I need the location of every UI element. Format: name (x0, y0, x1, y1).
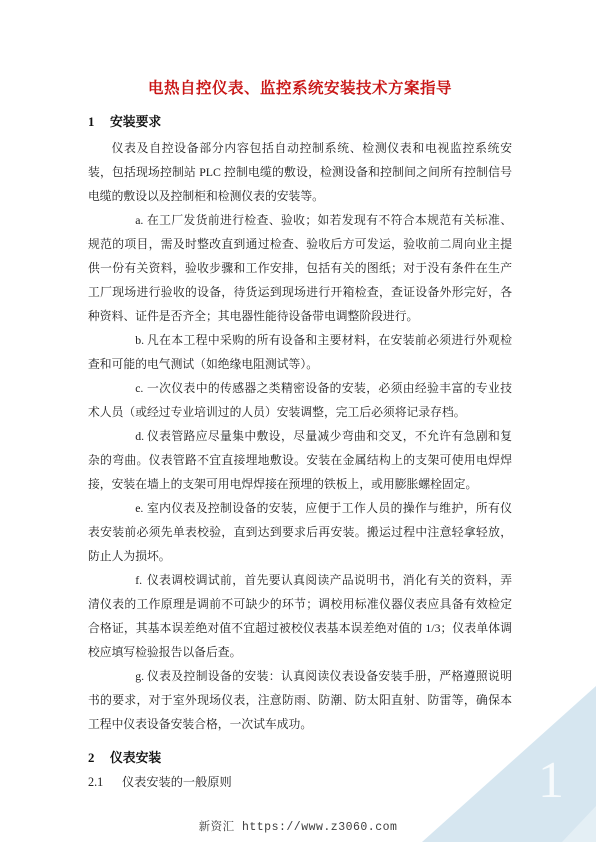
paragraph-d: d.仪表管路应尽量集中敷设，尽量减少弯曲和交叉，不允许有急剧和复杂的弯曲。仪表管… (88, 424, 512, 496)
footer-watermark: 新资汇 https://www.z3060.com (0, 818, 596, 834)
paragraph-g: g.仪表及控制设备的安装：认真阅读仪表设备安装手册，严格遵照说明书的要求，对于室… (88, 664, 512, 736)
section-number: 1 (88, 112, 110, 132)
paragraph-text: 室内仪表及控制设备的安装，应便于工作人员的操作与维护，所有仪表安装前必须先单表校… (88, 501, 512, 563)
section-heading-2-1: 2.1仪表安装的一般原则 (88, 771, 512, 793)
paragraph-label: c. (112, 376, 147, 400)
paragraph-text: 凡在本工程中采购的所有设备和主要材料，在安装前必须进行外观检查和可能的电气测试（… (88, 333, 512, 371)
paragraph-label: g. (112, 664, 147, 688)
section-title: 安装要求 (110, 115, 161, 129)
section-title: 仪表安装 (110, 751, 161, 765)
section-title: 仪表安装的一般原则 (122, 775, 232, 789)
paragraph-label: a. (112, 208, 147, 232)
section-number: 2.1 (88, 771, 122, 793)
section-number: 2 (88, 748, 110, 768)
section-heading-1: 1安装要求 (88, 112, 512, 132)
paragraph-text: 仪表及控制设备的安装：认真阅读仪表设备安装手册，严格遵照说明书的要求，对于室外现… (88, 669, 512, 731)
section-heading-2: 2仪表安装 (88, 748, 512, 768)
document-page: 电热自控仪表、监控系统安装技术方案指导 1安装要求 仪表及自控设备部分内容包括自… (0, 0, 596, 842)
paragraph-f: f.仪表调校调试前，首先要认真阅读产品说明书，消化有关的资料，弄清仪表的工作原理… (88, 568, 512, 664)
paragraph-a: a.在工厂发货前进行检查、验收；如若发现有不符合本规范有关标准、规范的项目，需及… (88, 208, 512, 328)
paragraph-text: 仪表调校调试前，首先要认真阅读产品说明书，消化有关的资料，弄清仪表的工作原理是调… (88, 573, 512, 659)
paragraph-text: 仪表管路应尽量集中敷设，尽量减少弯曲和交叉，不允许有急剧和复杂的弯曲。仪表管路不… (88, 429, 512, 491)
paragraph-label: e. (112, 496, 147, 520)
paragraph-c: c.一次仪表中的传感器之类精密设备的安装，必须由经验丰富的专业技术人员（或经过专… (88, 376, 512, 424)
paragraph-text: 一次仪表中的传感器之类精密设备的安装，必须由经验丰富的专业技术人员（或经过专业培… (88, 381, 512, 419)
paragraph-text: 仪表及自控设备部分内容包括自动控制系统、检测仪表和电视监控系统安装，包括现场控制… (88, 141, 512, 203)
document-title: 电热自控仪表、监控系统安装技术方案指导 (88, 78, 512, 100)
paragraph-text: 在工厂发货前进行检查、验收；如若发现有不符合本规范有关标准、规范的项目，需及时整… (88, 213, 512, 323)
paragraph-label: d. (112, 424, 147, 448)
page-number: 1 (528, 755, 574, 807)
paragraph-label: b. (112, 328, 147, 352)
paragraph-intro: 仪表及自控设备部分内容包括自动控制系统、检测仪表和电视监控系统安装，包括现场控制… (88, 136, 512, 208)
paragraph-label: f. (112, 568, 147, 592)
paragraph-b: b.凡在本工程中采购的所有设备和主要材料，在安装前必须进行外观检查和可能的电气测… (88, 328, 512, 376)
paragraph-e: e.室内仪表及控制设备的安装，应便于工作人员的操作与维护，所有仪表安装前必须先单… (88, 496, 512, 568)
document-content: 电热自控仪表、监控系统安装技术方案指导 1安装要求 仪表及自控设备部分内容包括自… (0, 0, 596, 793)
